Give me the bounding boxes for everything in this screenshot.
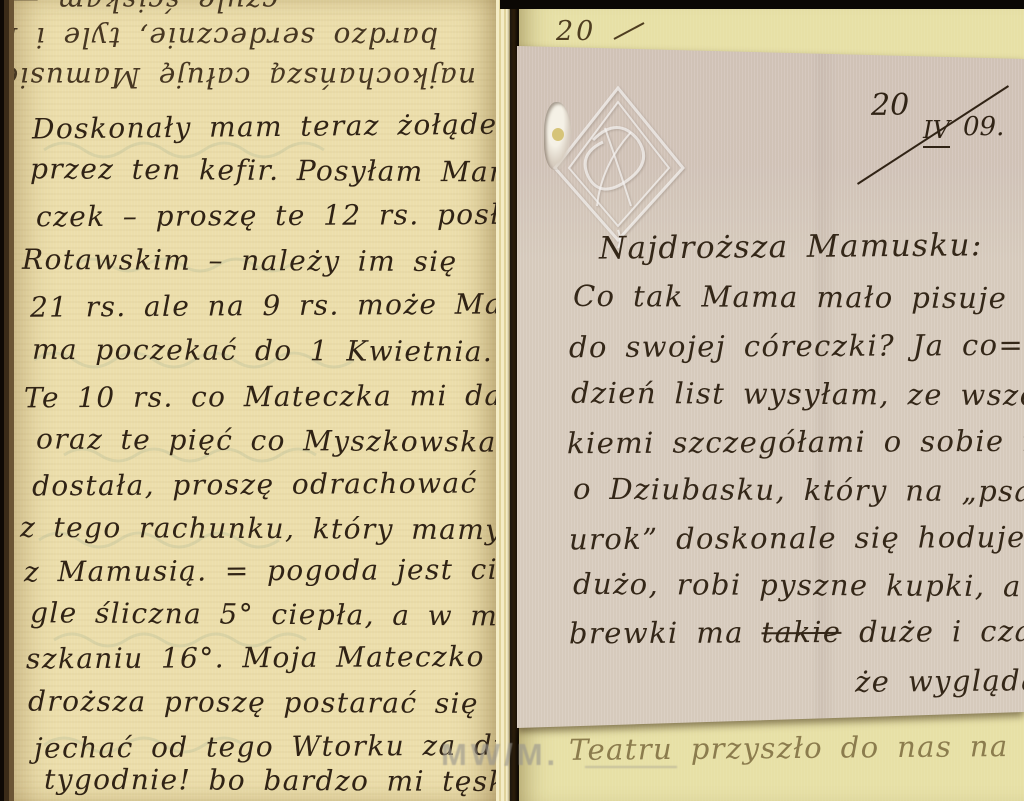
handwritten-line: Te 10 rs. co Mateczka mi dała, bbox=[24, 381, 506, 414]
handwritten-line: Co tak Mama mało pisuje bbox=[573, 281, 1007, 314]
handwritten-line-inverted: bardzo serdecznie, tyle i Bam= bbox=[14, 22, 438, 52]
handwritten-line: z Mamusią. = pogoda jest cią= bbox=[24, 555, 506, 588]
handwritten-line-inverted: najkochańszą całuję Mamusię bbox=[30, 62, 476, 92]
handwritten-line: z tego rachunku, który mamy bbox=[20, 513, 503, 546]
archive-watermark: MW/M. bbox=[441, 737, 559, 773]
handwritten-line: ma poczekać do 1 Kwietnia. bbox=[32, 335, 493, 367]
handwritten-line: jechać od tego Wtorku za dwie bbox=[34, 730, 506, 764]
letter-sheet: 20 IV 09. Najdroższa Mamusku: Co tak Mam… bbox=[517, 44, 1024, 728]
struck-word: takie bbox=[761, 615, 841, 649]
handwritten-line: droższa proszę postarać się przy bbox=[28, 687, 506, 720]
handwritten-line: o Dziubasku, który na „psa bbox=[573, 474, 1024, 507]
paper-damage-hole bbox=[544, 102, 572, 170]
handwritten-line: dzień list wysyłam, ze wszel bbox=[571, 378, 1024, 412]
handwritten-line: dużo, robi pyszne kupki, a bbox=[573, 569, 1022, 602]
date-year: 09. bbox=[963, 112, 1004, 142]
book-spine-edge bbox=[0, 0, 14, 801]
line-part: brewki ma bbox=[569, 615, 762, 650]
letter-scan: czule ściskam — bardzo serdecznie, tyle … bbox=[0, 0, 1024, 801]
handwritten-line-faded: Teatru przyszło do nas na bbox=[569, 731, 1009, 766]
handwritten-line: brewki ma takie duże i czarne bbox=[569, 616, 1024, 650]
letter-sheet-wrap: 20 IV 09. Najdroższa Mamusku: Co tak Mam… bbox=[517, 44, 1024, 728]
handwritten-line: urok” doskonale się hoduje, je bbox=[569, 522, 1024, 556]
handwritten-line: tygodnie! bo bardzo mi tęskno bbox=[44, 765, 506, 798]
letter-date: 20 IV 09. bbox=[865, 86, 1015, 176]
handwritten-line: kiemi szczegółami o sobie i bbox=[567, 426, 1024, 459]
handwritten-line: do swojej córeczki? Ja co= bbox=[569, 330, 1024, 363]
handwritten-line-inverted: czule ściskam — bbox=[28, 0, 278, 16]
archive-watermark-underline bbox=[585, 766, 677, 768]
handwritten-line: Doskonały mam teraz żołądek bbox=[32, 109, 506, 144]
handwritten-line: 21 rs. ale na 9 rs. może Ma= bbox=[30, 289, 506, 322]
handwritten-line: gle śliczna 5° ciepła, a w mie= bbox=[30, 598, 506, 632]
handwritten-line: Rotawskim – należy im się bbox=[22, 245, 458, 277]
left-page: czule ściskam — bardzo serdecznie, tyle … bbox=[14, 0, 506, 801]
handwritten-line: oraz te pięć co Myszkowska bbox=[36, 424, 497, 457]
page-number: 20 bbox=[556, 16, 596, 47]
handwritten-line: szkaniu 16°. Moja Mateczko naj bbox=[26, 642, 506, 675]
line-part: duże i czarne bbox=[841, 614, 1024, 649]
date-month: IV bbox=[923, 116, 950, 148]
letter-greeting: Najdroższa Mamusku: bbox=[599, 230, 983, 264]
embossed-monogram bbox=[543, 80, 693, 255]
scan-black-edge bbox=[500, 0, 1024, 9]
date-day: 20 bbox=[871, 88, 909, 123]
paper-damage-spot bbox=[552, 128, 564, 141]
handwritten-line: czek – proszę te 12 rs. posłać bbox=[36, 200, 506, 233]
letter-closing-line: że wygląda bbox=[855, 665, 1024, 698]
handwritten-line: dostała, proszę odrachować bbox=[32, 468, 478, 501]
handwritten-line: przez ten kefir. Posyłam Mamie bbox=[30, 154, 506, 188]
